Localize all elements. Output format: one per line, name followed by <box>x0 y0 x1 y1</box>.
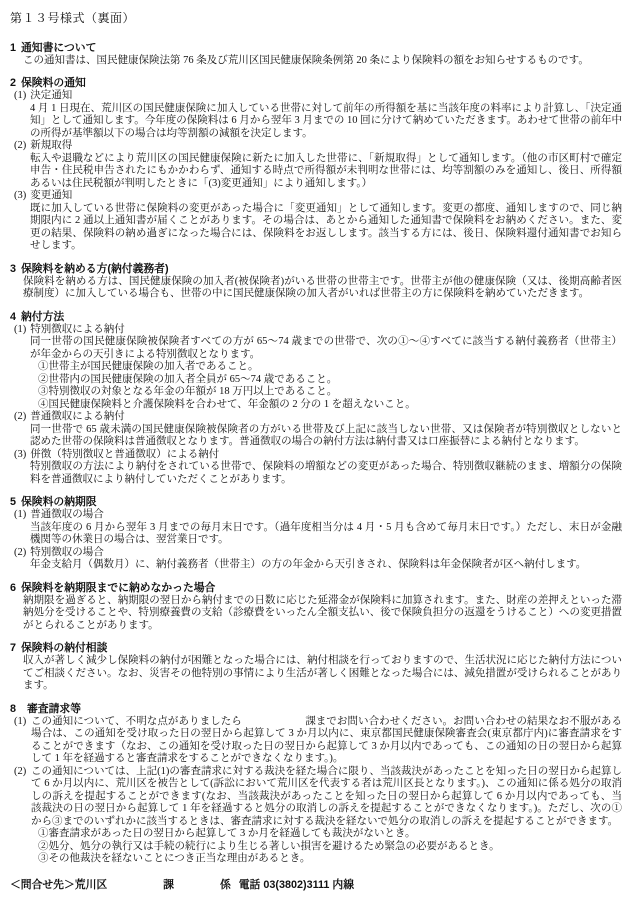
subsection-title: 特別徴収の場合 <box>30 547 104 558</box>
subsection-title: 変更通知 <box>30 190 72 201</box>
subsection-heading: (3)併徴（特別徴収と普通徴収）による納付 <box>10 449 622 462</box>
contact-info: ＜問合せ先＞荒川区課係電話 03(3802)3111 内線 <box>10 879 622 892</box>
list-item: ①世帯主が国民健康保険の加入者であること。 <box>10 361 622 374</box>
contact-division-label: 課 <box>163 879 174 891</box>
section-heading: 2保険料の通知 <box>10 77 622 90</box>
paragraph: 転入や退職などにより荒川区の国民健康保険に新たに加入した世帯に、「新規取得」とし… <box>10 153 622 191</box>
subsection-number: (3) <box>14 190 26 201</box>
section-title: 保険料の通知 <box>21 77 86 89</box>
section-number: 7 <box>10 642 16 655</box>
subsection-title: 普通徴収による納付 <box>30 411 125 422</box>
contact-section-label: 係 <box>220 879 231 891</box>
section-title: 保険料を納期限までに納めなかった場合 <box>21 582 215 594</box>
section-heading: 1通知書について <box>10 42 622 55</box>
paragraph: 特別徴収の方法により納付をされている世帯で、保険料の増額などの変更があった場合、… <box>10 461 622 486</box>
section-appeal: 8審査請求等 (1) この通知について、不明な点がありましたら 課までお問い合わ… <box>10 703 622 866</box>
section-title: 保険料を納める方(納付義務者) <box>21 263 169 275</box>
section-premium-notice: 2保険料の通知 (1)決定通知 4 月 1 日現在、荒川区の国民健康保険に加入し… <box>10 77 622 253</box>
subsection-heading: (2)普通徴収による納付 <box>10 411 622 424</box>
paragraph: 年金支給月（偶数月）に、納付義務者（世帯主）の方の年金から天引きされ、保険料は年… <box>10 559 622 572</box>
subsection-title: 決定通知 <box>30 90 72 101</box>
paragraph: 当該年度の 6 月から翌年 3 月までの毎月末日です。（過年度相当分は 4 月・… <box>10 522 622 547</box>
subsection-number: (2) <box>14 547 26 558</box>
section-number: 6 <box>10 582 16 595</box>
section-title: 審査請求等 <box>27 703 81 715</box>
section-number: 1 <box>10 42 16 55</box>
section-number: 5 <box>10 496 16 509</box>
contact-phone: 電話 03(3802)3111 内線 <box>239 879 354 891</box>
hanging-paragraph: (1) この通知について、不明な点がありましたら 課までお問い合わせください。お… <box>10 716 622 766</box>
subsection-number: (3) <box>14 449 26 460</box>
section-number: 3 <box>10 263 16 276</box>
subsection-number: (1) <box>14 509 26 520</box>
section-title: 保険料の納付相談 <box>21 642 107 654</box>
section-number: 8 <box>10 703 16 716</box>
list-item: ②世帯内の国民健康保険の加入者全員が 65～74 歳であること。 <box>10 374 622 387</box>
paragraph: この通知については、上記(1)の審査請求に対する裁決を経た場合に限り、当該裁決が… <box>31 766 622 829</box>
section-payment-method: 4納付方法 (1)特別徴収による納付 同一世帯の国民健康保険被保険者すべての方が… <box>10 311 622 487</box>
paragraph: 既に加入している世帯に保険料の変更があった場合に「変更通知」として通知します。変… <box>10 203 622 253</box>
section-due-date: 5保険料の納期限 (1)普通徴収の場合 当該年度の 6 月から翌年 3 月までの… <box>10 496 622 572</box>
form-label: 第１３号様式（裏面） <box>10 12 622 25</box>
paragraph: 同一世帯で 65 歳未満の国民健康保険被保険者の方がいる世帯及び上記に該当しない… <box>10 424 622 449</box>
subsection-title: 普通徴収の場合 <box>30 509 104 520</box>
paragraph: 保険料を納める方は、国民健康保険の加入者(被保険者)がいる世帯の世帯主です。世帯… <box>10 276 622 301</box>
paragraph: この通知について、不明な点がありましたら 課までお問い合わせください。お問い合わ… <box>31 716 622 766</box>
section-heading: 8審査請求等 <box>10 703 622 716</box>
section-title: 保険料の納期限 <box>21 496 97 508</box>
subsection-heading: (2)特別徴収の場合 <box>10 547 622 560</box>
section-payment-consultation: 7保険料の納付相談 収入が著しく減少し保険料の納付が困難となった場合には、納付相… <box>10 642 622 693</box>
subsection-number: (2) <box>14 411 26 422</box>
paragraph: 4 月 1 日現在、荒川区の国民健康保険に加入している世帯に対して前年の所得額を… <box>10 103 622 141</box>
subsection-title: 特別徴収による納付 <box>30 324 125 335</box>
section-title: 納付方法 <box>21 311 64 323</box>
section-heading: 4納付方法 <box>10 311 622 324</box>
subsection-heading: (2)新規取得 <box>10 140 622 153</box>
subsection-number: (1) <box>14 716 31 766</box>
section-heading: 6保険料を納期限までに納めなかった場合 <box>10 582 622 595</box>
subsection-heading: (1)決定通知 <box>10 90 622 103</box>
list-item: ②処分、処分の執行又は手続の続行により生じる著しい損害を避けるため緊急の必要があ… <box>10 841 622 854</box>
paragraph: 納期限を過ぎると、納期限の翌日から納付までの日数に応じた延滞金が保険料に加算され… <box>10 595 622 633</box>
subsection-number: (2) <box>14 140 26 151</box>
document-page: 第１３号様式（裏面） 1通知書について この通知書は、国民健康保険法第 76 条… <box>0 0 630 903</box>
section-notice-about: 1通知書について この通知書は、国民健康保険法第 76 条及び荒川区国民健康保険… <box>10 42 622 68</box>
list-item: ③特別徴収の対象となる年金の年額が 18 万円以上であること。 <box>10 386 622 399</box>
list-item: ④国民健康保険料と介護保険料を合わせて、年金額の 2 分の 1 を超えないこと。 <box>10 399 622 412</box>
paragraph: 同一世帯の国民健康保険被保険者すべての方が 65～74 歳までの世帯で、次の①～… <box>10 336 622 361</box>
section-number: 2 <box>10 77 16 90</box>
subsection-number: (2) <box>14 766 31 829</box>
section-late-payment: 6保険料を納期限までに納めなかった場合 納期限を過ぎると、納期限の翌日から納付ま… <box>10 582 622 633</box>
subsection-number: (1) <box>14 90 26 101</box>
section-heading: 3保険料を納める方(納付義務者) <box>10 263 622 276</box>
subsection-title: 新規取得 <box>30 140 72 151</box>
section-title: 通知書について <box>21 42 96 54</box>
paragraph: 収入が著しく減少し保険料の納付が困難となった場合には、納付相談を行っておりますの… <box>10 655 622 693</box>
list-item: ③その他裁決を経ないことにつき正当な理由があるとき。 <box>10 853 622 866</box>
subsection-title: 併徴（特別徴収と普通徴収）による納付 <box>30 449 219 460</box>
subsection-heading: (1)特別徴収による納付 <box>10 324 622 337</box>
section-payer: 3保険料を納める方(納付義務者) 保険料を納める方は、国民健康保険の加入者(被保… <box>10 263 622 301</box>
section-number: 4 <box>10 311 16 324</box>
subsection-heading: (3)変更通知 <box>10 190 622 203</box>
section-heading: 7保険料の納付相談 <box>10 642 622 655</box>
subsection-number: (1) <box>14 324 26 335</box>
subsection-heading: (1)普通徴収の場合 <box>10 509 622 522</box>
hanging-paragraph: (2) この通知については、上記(1)の審査請求に対する裁決を経た場合に限り、当… <box>10 766 622 829</box>
contact-prefix: ＜問合せ先＞荒川区 <box>10 879 107 891</box>
list-item: ①審査請求があった日の翌日から起算して 3 か月を経過しても裁決がないとき。 <box>10 828 622 841</box>
paragraph: この通知書は、国民健康保険法第 76 条及び荒川区国民健康保険条例第 20 条に… <box>10 55 622 68</box>
section-heading: 5保険料の納期限 <box>10 496 622 509</box>
